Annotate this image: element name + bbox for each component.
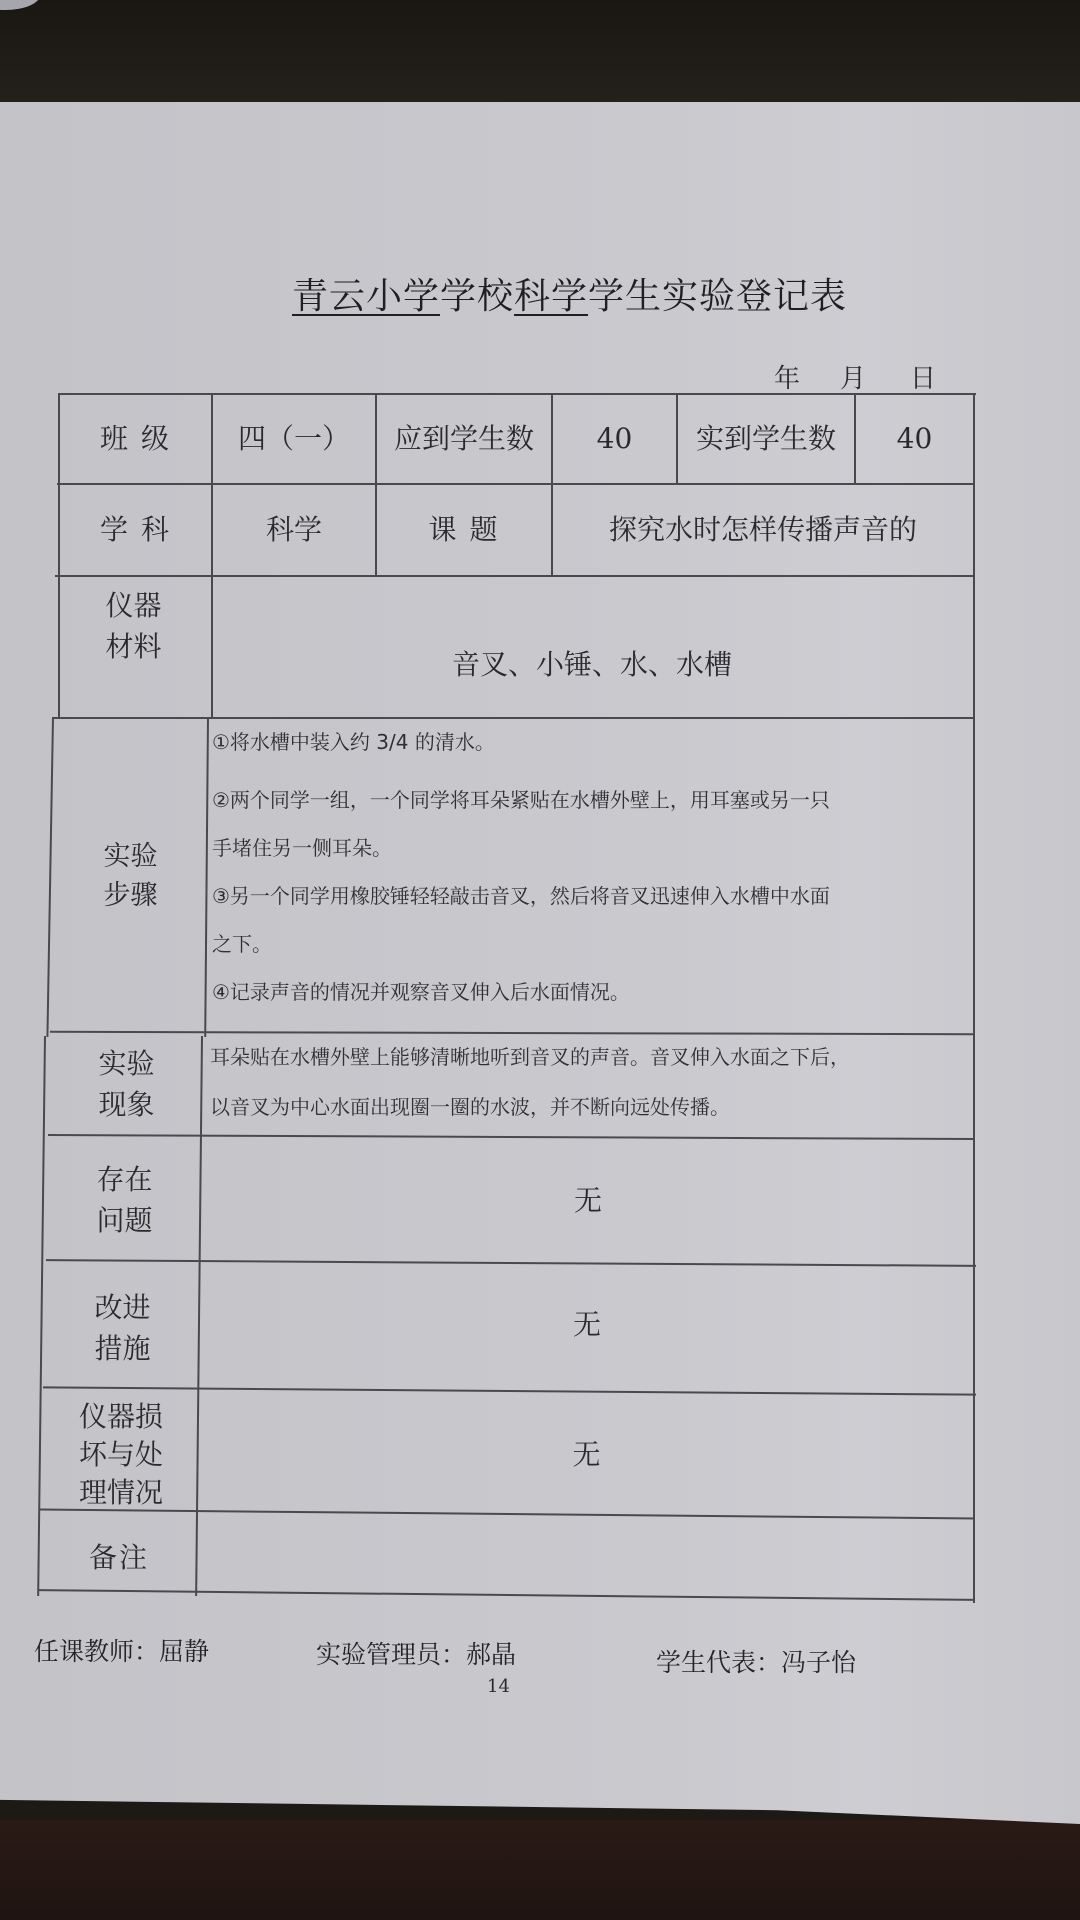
subject-label: 学 科	[60, 485, 211, 575]
steps-label-line2: 步骤	[104, 876, 158, 915]
subject-value: 科学	[213, 485, 375, 575]
student-representative-signature: 学生代表：冯子怡	[656, 1643, 856, 1679]
step-item: ②两个同学一组，一个同学将耳朵紧贴在水槽外壁上，用耳塞或另一只	[212, 776, 972, 824]
expected-students-value: 40	[553, 395, 676, 483]
materials-label: 仪器 材料	[58, 577, 209, 677]
date-line: 年月日	[774, 358, 936, 395]
step-item: ③另一个同学用橡胶锤轻轻敲击音叉，然后将音叉迅速伸入水槽中水面	[212, 872, 972, 920]
class-value: 四（一）	[213, 395, 375, 483]
damage-label-line1: 仪器损	[79, 1398, 163, 1436]
lab-admin-signature: 实验管理员：郝晶	[316, 1635, 516, 1671]
page-title: 青云小学学校科学学生实验登记表	[292, 268, 847, 319]
date-day: 日	[910, 358, 936, 395]
problems-label-line1: 存在	[96, 1160, 152, 1201]
steps-label: 实验 步骤	[54, 720, 207, 1032]
table-border-right	[973, 393, 975, 1603]
steps-label-line1: 实验	[104, 837, 158, 876]
title-subject: 科学	[514, 276, 588, 317]
improvements-value: 无	[201, 1268, 973, 1383]
damage-label: 仪器损 坏与处 理情况	[43, 1394, 199, 1516]
problems-value: 无	[203, 1140, 973, 1262]
improvements-label: 改进 措施	[46, 1268, 199, 1390]
page-number: 14	[487, 1676, 510, 1697]
class-label: 班 级	[60, 395, 211, 483]
title-part: 学校	[440, 276, 514, 317]
expected-students-label: 应到学生数	[377, 395, 551, 483]
problems-label: 存在 问题	[48, 1140, 201, 1262]
phenomena-label: 实验 现象	[50, 1035, 203, 1135]
step-item-continued: 手堵住另一侧耳朵。	[212, 824, 972, 872]
step-item: ④记录声音的情况并观察音叉伸入后水面情况。	[212, 968, 972, 1016]
title-school: 青云小学	[292, 276, 440, 317]
actual-students-label: 实到学生数	[678, 395, 854, 483]
title-part: 学生实验登记表	[588, 276, 847, 317]
damage-label-line2: 坏与处	[79, 1436, 163, 1474]
phenomena-label-line2: 现象	[98, 1085, 154, 1126]
step-item: ①将水槽中装入约 3/4 的清水。	[212, 718, 972, 766]
phenomena-line: 以音叉为中心水面出现圈一圈的水波，并不断向远处传播。	[210, 1082, 975, 1132]
materials-label-line1: 仪器	[105, 586, 161, 627]
phenomena-line: 耳朵贴在水槽外壁上能够清晰地听到音叉的声音。音叉伸入水面之下后，	[210, 1032, 975, 1082]
teacher-signature: 任课教师：屈静	[34, 1632, 209, 1668]
phenomena-label-line1: 实验	[98, 1044, 154, 1085]
steps-list: ①将水槽中装入约 3/4 的清水。 ②两个同学一组，一个同学将耳朵紧贴在水槽外壁…	[212, 718, 972, 1016]
topic-value: 探究水时怎样传播声音的	[553, 485, 973, 575]
background-top	[0, 0, 1080, 104]
actual-students-value: 40	[856, 395, 973, 483]
background-table-surface	[0, 1820, 1080, 1920]
remarks-value	[198, 1518, 973, 1598]
damage-value: 无	[200, 1394, 973, 1516]
improvements-label-line1: 改进	[94, 1288, 150, 1329]
date-year: 年	[774, 358, 840, 395]
phenomena-text: 耳朵贴在水槽外壁上能够清晰地听到音叉的声音。音叉伸入水面之下后， 以音叉为中心水…	[210, 1032, 975, 1132]
materials-value: 音叉、小锤、水、水槽	[211, 630, 973, 700]
damage-label-line3: 理情况	[79, 1474, 163, 1512]
step-item-continued: 之下。	[212, 920, 972, 968]
topic-label: 课 题	[377, 485, 551, 575]
remarks-label: 备注	[40, 1518, 198, 1598]
improvements-label-line2: 措施	[94, 1329, 150, 1370]
date-month: 月	[840, 358, 910, 395]
materials-label-line2: 材料	[105, 627, 161, 668]
problems-label-line2: 问题	[96, 1201, 152, 1242]
